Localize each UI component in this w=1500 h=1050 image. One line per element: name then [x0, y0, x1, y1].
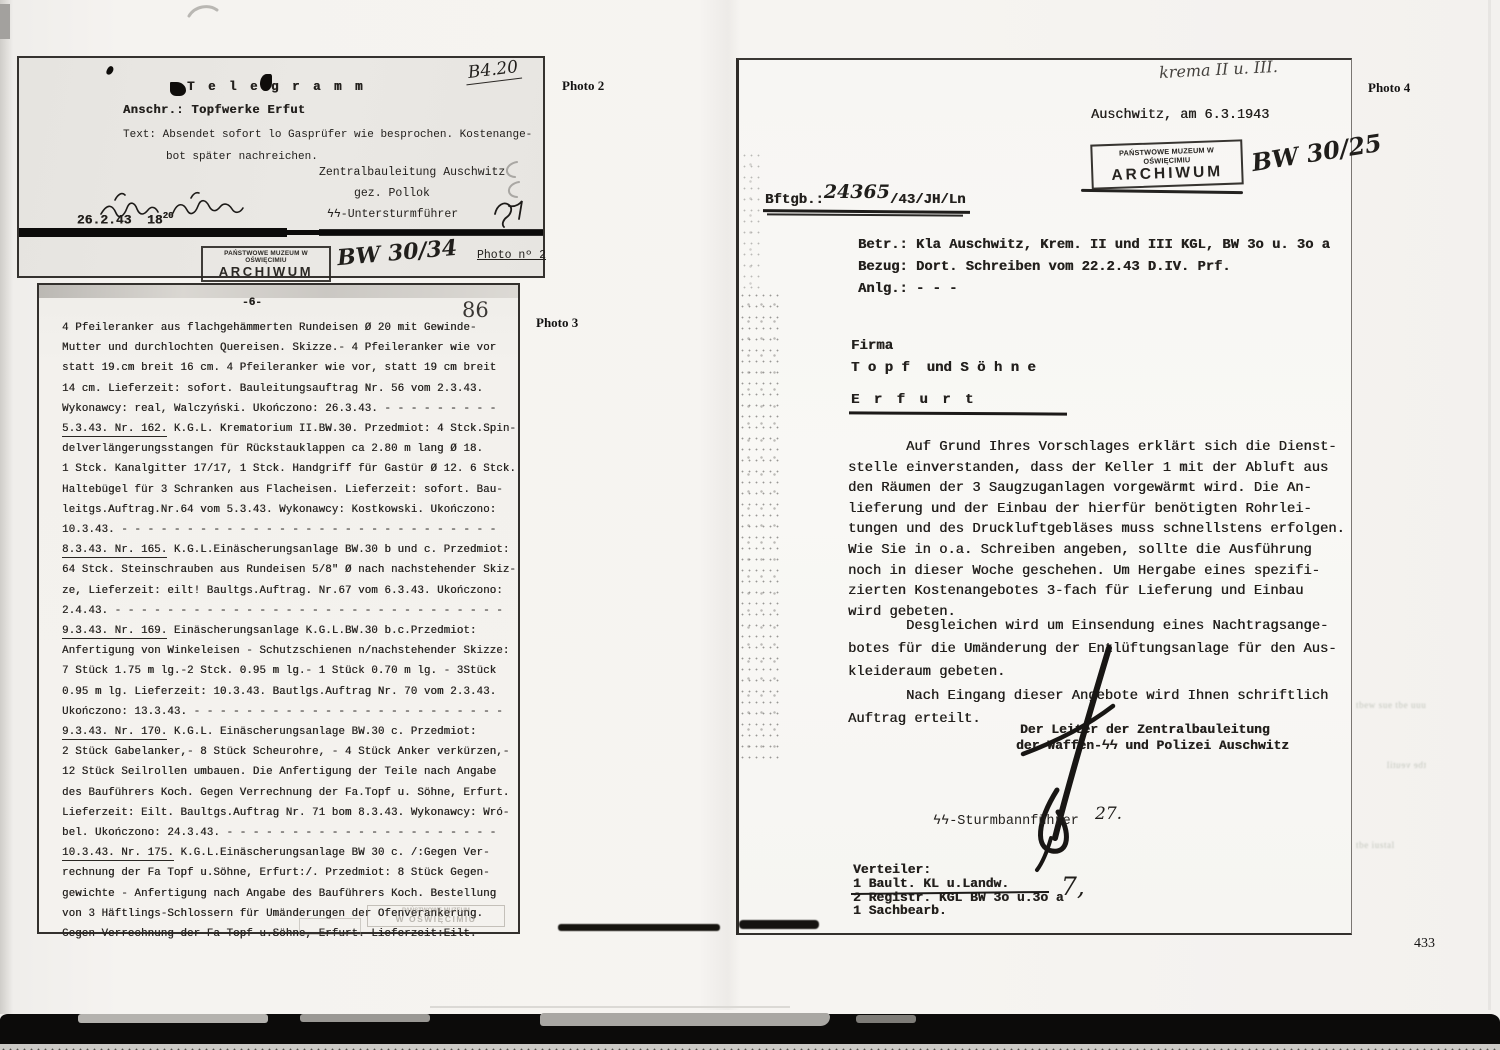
- book-page-number: 433: [1414, 936, 1435, 952]
- typed-line: tungen und des Druckluftgebläses muss sc…: [848, 520, 1345, 541]
- archive-stamp-archiwum: ARCHIWUM: [205, 264, 327, 279]
- bottom-smear: [739, 920, 819, 929]
- verteiler-title: Verteiler:: [853, 862, 931, 877]
- hand-underline: [1081, 189, 1243, 194]
- underlined-entry-head: 8.3.43. Nr. 165.: [62, 544, 167, 558]
- telegram-handwritten-ref: B4.20: [464, 57, 523, 86]
- typed-line: 10.3.43. - - - - - - - - - - - - - - - -…: [62, 520, 514, 540]
- archive-stamp: PAŃSTWOWE MUZEUM W OŚWIĘCIMIU ARCHIWUM: [201, 246, 331, 282]
- page-number-header: -6-: [242, 297, 262, 309]
- typed-line: 2.4.43. - - - - - - - - - - - - - - - - …: [62, 601, 514, 621]
- faint-streak: [430, 1006, 790, 1008]
- top-smudge-mark: [185, 2, 221, 22]
- typed-line: noch in dieser Woche geschehen. Um Herga…: [848, 562, 1345, 583]
- typed-line: 9.3.43. Nr. 169. Einäscherungsanlage K.G…: [62, 621, 514, 641]
- underlined-entry-head: 9.3.43. Nr. 170.: [62, 726, 167, 740]
- faint-stamp-fragment: [299, 918, 361, 935]
- band-gray-patch: [540, 1013, 830, 1026]
- archive-ref-handwritten: BW 30/25: [1250, 128, 1384, 177]
- typed-line: des Bauführers Koch. Gegen Verrechnung d…: [62, 783, 514, 803]
- band-gray-patch: [856, 1015, 916, 1023]
- firma-line2: T o p f und S ö h n e: [851, 360, 1036, 376]
- bottom-speckle-strip: [0, 1044, 1500, 1050]
- archive-stamp: PAŃSTWOWE MUZEUM W OŚWIĘCIMIU ARCHIWUM: [1090, 139, 1243, 189]
- hole-punch-mark: [260, 74, 272, 91]
- verteiler-list: 1 Bault. KL u.Landw.2 Registr. KGL BW 3o…: [853, 877, 1064, 918]
- letter-document-photo: krema II u. III. Auschwitz, am 6.3.1943 …: [736, 58, 1352, 935]
- archive-stamp-museum: PAŃSTWOWE MUZEUM W OŚWIĘCIMIU: [205, 250, 327, 264]
- telegram-rank: ϟϟ-Untersturmführer: [327, 208, 458, 221]
- typed-line: 9.3.43. Nr. 170. K.G.L. Einäscherungsanl…: [62, 722, 514, 742]
- typed-line: 0.95 m lg. Lieferzeit: 10.3.43. Bautlgs.…: [62, 682, 514, 702]
- typed-line: Wykonawcy: real, Walczyński. Ukończono: …: [62, 399, 514, 419]
- verteiler-item: 1 Bault. KL u.Landw.: [853, 877, 1064, 891]
- typed-line: lieferung und der Einbau der hierfür ben…: [848, 500, 1345, 521]
- faint-archive-stamp: PAŃSTWOWE MUZEUM W OŚWIĘCIMIU: [367, 905, 505, 927]
- handwritten-signature-scrawl: [95, 186, 267, 226]
- underlined-entry-head: 10.3.43. Nr. 175.: [62, 847, 174, 861]
- typed-line: Mutter und durchlochten Quereisen. Skizz…: [62, 338, 514, 358]
- toner-speckle-band: [741, 150, 761, 290]
- right-edge-line: [1488, 0, 1491, 1010]
- bleedthrough-text: tbe iustal: [1356, 840, 1426, 850]
- typed-line: delverlängerungsstangen für Rückstauklap…: [62, 439, 514, 459]
- telegram-anschr: Anschr.: Topfwerke Erfut: [123, 103, 305, 117]
- firma-line1: Firma: [851, 338, 893, 354]
- telegram-photo: T e l e g r a m m B4.20 Anschr.: Topfwer…: [17, 56, 545, 278]
- book-page-scan: T e l e g r a m m B4.20 Anschr.: Topfwer…: [0, 0, 1500, 1050]
- bftgb-number-handwritten: 24365: [824, 181, 890, 203]
- rank-handwritten-mark: 27.: [1095, 804, 1122, 824]
- bftgb-suffix: /43/JH/Ln: [890, 192, 966, 208]
- handwritten-seven: 7,: [1061, 872, 1085, 901]
- typed-line: ze, Lieferzeit: eilt! Baultgs.Auftrag. N…: [62, 581, 514, 601]
- typed-line: 1 Stck. Kanalgitter 17/17, 1 Stck. Handg…: [62, 459, 514, 479]
- bleedthrough-text: tbe veutil: [1356, 760, 1426, 770]
- bftgb-label: Bftgb.:: [765, 192, 824, 208]
- typed-line: bel. Ukończono: 24.3.43. - - - - - - - -…: [62, 823, 514, 843]
- typed-text-block: 4 Pfeileranker aus flachgehämmerten Rund…: [62, 318, 514, 944]
- typed-line: Gegen Verrechnung der Fa Topf u.Söhne, E…: [62, 924, 514, 944]
- underlined-entry-head: 5.3.43. Nr. 162.: [62, 423, 167, 437]
- scan-top-band: [39, 285, 518, 298]
- typed-line: 7 Stück 1.75 m lg.-2 Stck. 0.95 m lg.- 1…: [62, 661, 514, 681]
- typed-line: 5.3.43. Nr. 162. K.G.L. Krematorium II.B…: [62, 419, 514, 439]
- telegram-gez: gez. Pollok: [354, 187, 430, 200]
- bftgb-line: Bftgb.:24365/43/JH/Ln: [765, 186, 966, 208]
- photo3-label: Photo 3: [536, 315, 578, 331]
- typed-line: rechnung der Fa Topf u.Söhne, Erfurt:/. …: [62, 863, 514, 883]
- telegram-org: Zentralbauleitung Auschwitz: [319, 166, 505, 179]
- rank-line: ϟϟ-Sturmbannführer: [933, 814, 1079, 829]
- band-gray-patch: [300, 1014, 430, 1022]
- typed-line: den Räumen der 3 Saugzuganlagen vorgewär…: [848, 479, 1345, 500]
- typed-line: 10.3.43. Nr. 175. K.G.L.Einäscherungsanl…: [62, 843, 514, 863]
- letter-dateline: Auschwitz, am 6.3.1943: [1091, 108, 1269, 123]
- handwritten-krema-note: krema II u. III.: [1159, 57, 1279, 82]
- letter-paragraph: Auf Grund Ihres Vorschlages erklärt sich…: [848, 438, 1345, 623]
- photo2-label: Photo 2: [562, 78, 604, 94]
- anlg-line: Anlg.: - - -: [858, 282, 957, 297]
- typed-line: leitgs.Auftrag.Nr.64 vom 5.3.43. Wykonaw…: [62, 500, 514, 520]
- archive-stamp-archiwum: ARCHIWUM: [1095, 162, 1240, 185]
- scan-band: [319, 229, 543, 236]
- typed-line: Wie Sie in o.a. Schreiben angeben, sollt…: [848, 541, 1345, 562]
- large-signature-scrawl: [1007, 642, 1147, 874]
- typed-line: 2 Stück Gabelanker,- 8 Stück Scheurohre,…: [62, 742, 514, 762]
- underlined-entry-head: 9.3.43. Nr. 169.: [62, 625, 167, 639]
- typed-line: Desgleichen wird um Einsendung eines Nac…: [848, 616, 1337, 639]
- typed-line: Lieferzeit: Eilt. Baultgs.Auftrag Nr. 71…: [62, 803, 514, 823]
- telegram-text-line2: bot später nachreichen.: [166, 151, 318, 163]
- archive-ref-handwritten: BW 30/34: [336, 235, 458, 271]
- typed-line: Haltebügel für 3 Schranken aus Flacheise…: [62, 480, 514, 500]
- bezug-line: Bezug: Dort. Schreiben vom 22.2.43 D.IV.…: [858, 260, 1231, 275]
- typed-line: stelle einverstanden, dass der Keller 1 …: [848, 459, 1345, 480]
- typed-line: Auf Grund Ihres Vorschlages erklärt sich…: [848, 438, 1345, 459]
- spine-shadow: [700, 0, 740, 1010]
- typed-line: 64 Stck. Steinschrauben aus Rundeisen 5/…: [62, 560, 514, 580]
- typed-line: statt 19.cm breit 16 cm. 4 Pfeileranker …: [62, 358, 514, 378]
- work-order-document-photo: -6- 86 4 Pfeileranker aus flachgehämmert…: [37, 283, 520, 934]
- typed-line: 14 cm. Lieferzeit: sofort. Bauleitungsau…: [62, 379, 514, 399]
- bleedthrough-text: tbew sue tbe uuuber ot to ot tbe weut: [1356, 700, 1426, 710]
- typed-line: 4 Pfeileranker aus flachgehämmerten Rund…: [62, 318, 514, 338]
- hand-underline: [849, 411, 1067, 415]
- left-edge-mark: [0, 4, 10, 39]
- typed-line: 8.3.43. Nr. 165. K.G.L.Einäscherungsanla…: [62, 540, 514, 560]
- telegram-title: T e l e g r a m m: [187, 80, 366, 94]
- verteiler-item: 1 Sachbearb.: [853, 904, 1064, 918]
- betr-line: Betr.: Kla Auschwitz, Krem. II und III K…: [858, 238, 1330, 253]
- toner-speckle-band: [739, 290, 781, 760]
- hand-underline: [767, 213, 963, 216]
- scan-smear: [558, 924, 720, 931]
- typed-line: Ukończono: 13.3.43. - - - - - - - - - - …: [62, 702, 514, 722]
- ink-blob: [105, 65, 114, 76]
- band-gray-patch: [78, 1014, 268, 1023]
- telegram-text-line1: Text: Absendet sofort lo Gasprüfer wie b…: [123, 129, 532, 141]
- scan-band: [19, 228, 287, 237]
- hole-punch-mark: [170, 82, 186, 96]
- photo4-label: Photo 4: [1368, 80, 1410, 96]
- typed-line: Anfertigung von Winkeleisen - Schutzschi…: [62, 641, 514, 661]
- left-edge-shadow: [0, 0, 13, 1014]
- typed-line: 12 Stück Seilrollen umbauen. Die Anferti…: [62, 762, 514, 782]
- typed-line: zierten Kostenangebotes 3-fach für Liefe…: [848, 582, 1345, 603]
- typed-line: gewichte - Anfertigung nach Angabe des B…: [62, 884, 514, 904]
- handwritten-initials: [487, 196, 527, 230]
- firma-line3: E r f u r t: [851, 392, 976, 408]
- photo-number-caption: Photo nº 2: [477, 249, 546, 262]
